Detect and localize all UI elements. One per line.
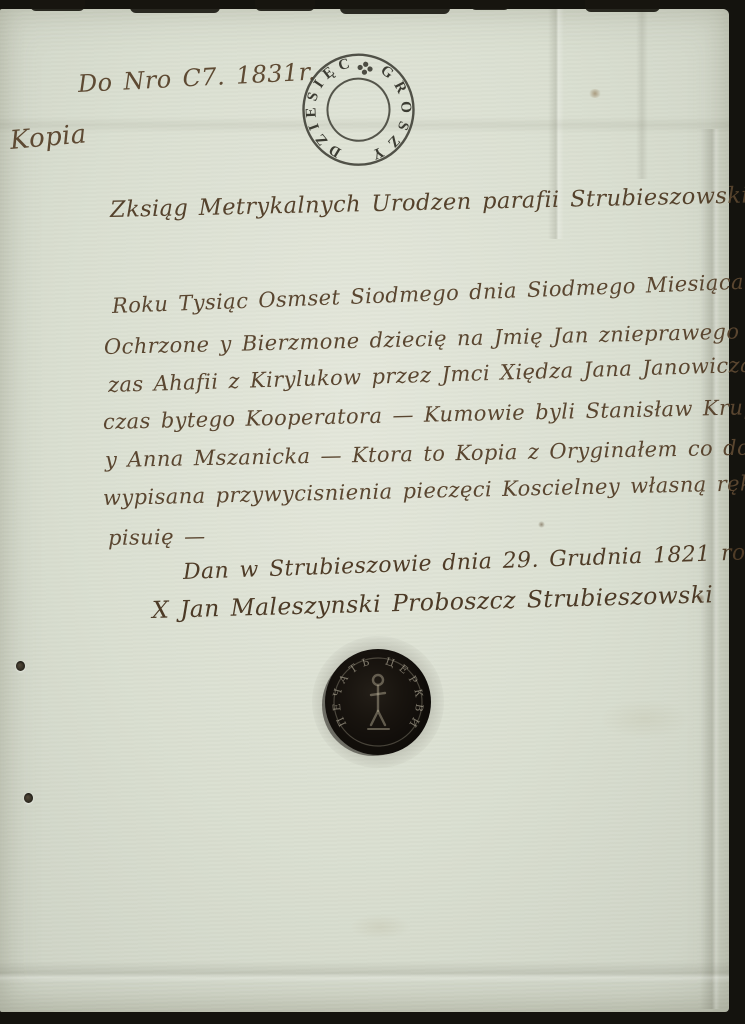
torn-edge <box>30 0 85 11</box>
torn-edge <box>340 0 450 14</box>
torn-edge <box>130 0 220 13</box>
body-line: pisuię — <box>108 524 206 550</box>
ink-stain <box>538 521 545 528</box>
binding-hole <box>16 661 25 671</box>
torn-edge <box>585 0 660 12</box>
bottom-fold-crease <box>0 961 729 983</box>
stamp-inner-circle <box>323 74 394 145</box>
right-fold-crease <box>700 129 720 1009</box>
torn-edge <box>255 0 315 11</box>
paper-stain <box>350 914 410 940</box>
ink-stain <box>588 89 602 98</box>
paper-stain <box>600 699 690 739</box>
vertical-crease <box>636 9 648 179</box>
torn-edge <box>470 0 510 10</box>
church-seal: ПЕЧАТЬ ЦЕРКВИ <box>321 645 435 759</box>
document-scan: Do Nro C7. 1831r. Kopia DZIESIĘC GROSZY … <box>0 0 745 1024</box>
revenue-stamp: DZIESIĘC GROSZY <box>287 43 433 184</box>
binding-hole <box>24 793 33 803</box>
quatrefoil-icon <box>357 61 374 76</box>
